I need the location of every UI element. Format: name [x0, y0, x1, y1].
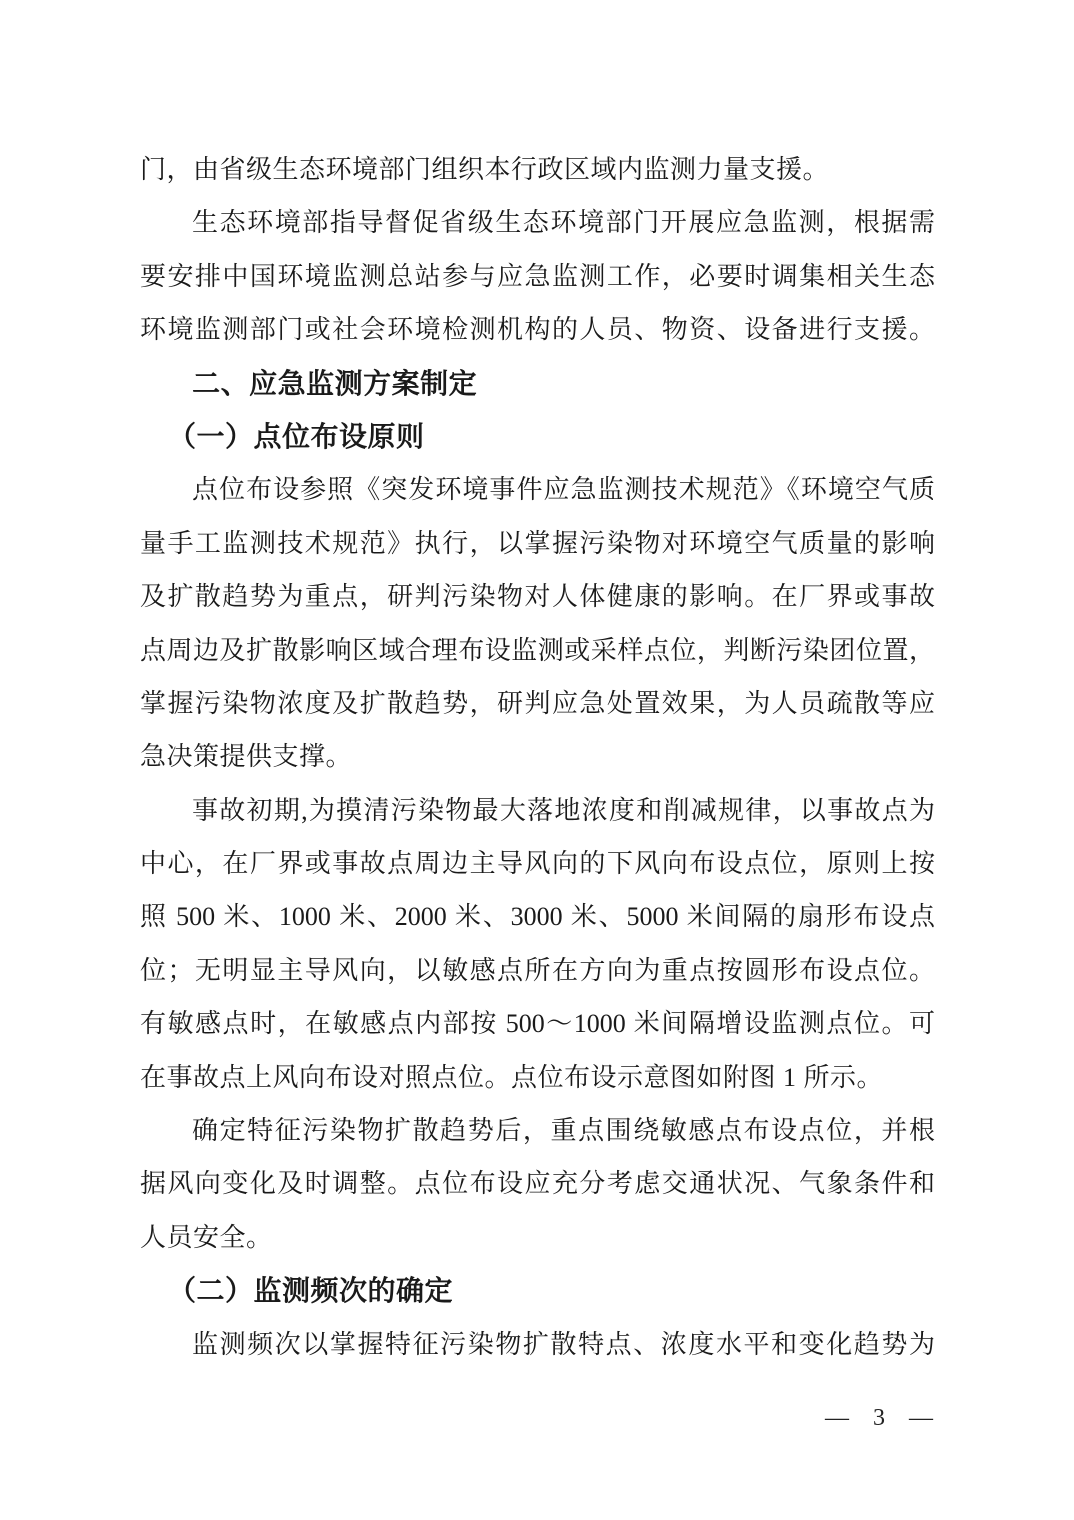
document-content: 门，由省级生态环境部门组织本行政区域内监测力量支援。生态环境部指导督促省级生态环… — [140, 143, 935, 1371]
section-heading: （一）点位布设原则 — [140, 410, 935, 463]
text-line: 监测频次以掌握特征污染物扩散特点、浓度水平和变化趋势为 — [140, 1318, 935, 1371]
text-line: 确定特征污染物扩散趋势后，重点围绕敏感点布设点位，并根 — [140, 1104, 935, 1157]
text-line: 掌握污染物浓度及扩散趋势，研判应急处置效果，为人员疏散等应 — [140, 677, 935, 730]
text-line: 据风向变化及时调整。点位布设应充分考虑交通状况、气象条件和 — [140, 1157, 935, 1210]
section-heading: （二）监测频次的确定 — [140, 1264, 935, 1317]
text-line: 有敏感点时，在敏感点内部按 500～1000 米间隔增设监测点位。可 — [140, 997, 935, 1050]
text-line: 急决策提供支撑。 — [140, 730, 935, 783]
text-line: 要安排中国环境监测总站参与应急监测工作，必要时调集相关生态 — [140, 250, 935, 303]
text-line: 及扩散趋势为重点，研判污染物对人体健康的影响。在厂界或事故 — [140, 570, 935, 623]
text-line: 环境监测部门或社会环境检测机构的人员、物资、设备进行支援。 — [140, 303, 935, 356]
text-line: 点周边及扩散影响区域合理布设监测或采样点位，判断污染团位置， — [140, 624, 935, 677]
text-line: 生态环境部指导督促省级生态环境部门开展应急监测，根据需 — [140, 196, 935, 249]
text-line: 人员安全。 — [140, 1211, 935, 1264]
text-line: 在事故点上风向布设对照点位。点位布设示意图如附图 1 所示。 — [140, 1051, 935, 1104]
text-line: 中心，在厂界或事故点周边主导风向的下风向布设点位，原则上按 — [140, 837, 935, 890]
text-line: 量手工监测技术规范》执行，以掌握污染物对环境空气质量的影响 — [140, 517, 935, 570]
text-line: 事故初期,为摸清污染物最大落地浓度和削减规律，以事故点为 — [140, 784, 935, 837]
text-line: 点位布设参照《突发环境事件应急监测技术规范》《环境空气质 — [140, 463, 935, 516]
document-page: 门，由省级生态环境部门组织本行政区域内监测力量支援。生态环境部指导督促省级生态环… — [0, 0, 1074, 1520]
text-line: 照 500 米、1000 米、2000 米、3000 米、5000 米间隔的扇形… — [140, 890, 935, 943]
page-number: — 3 — — [825, 1403, 935, 1433]
section-heading: 二、应急监测方案制定 — [140, 357, 935, 410]
text-line: 门，由省级生态环境部门组织本行政区域内监测力量支援。 — [140, 143, 935, 196]
text-line: 位；无明显主导风向，以敏感点所在方向为重点按圆形布设点位。 — [140, 944, 935, 997]
